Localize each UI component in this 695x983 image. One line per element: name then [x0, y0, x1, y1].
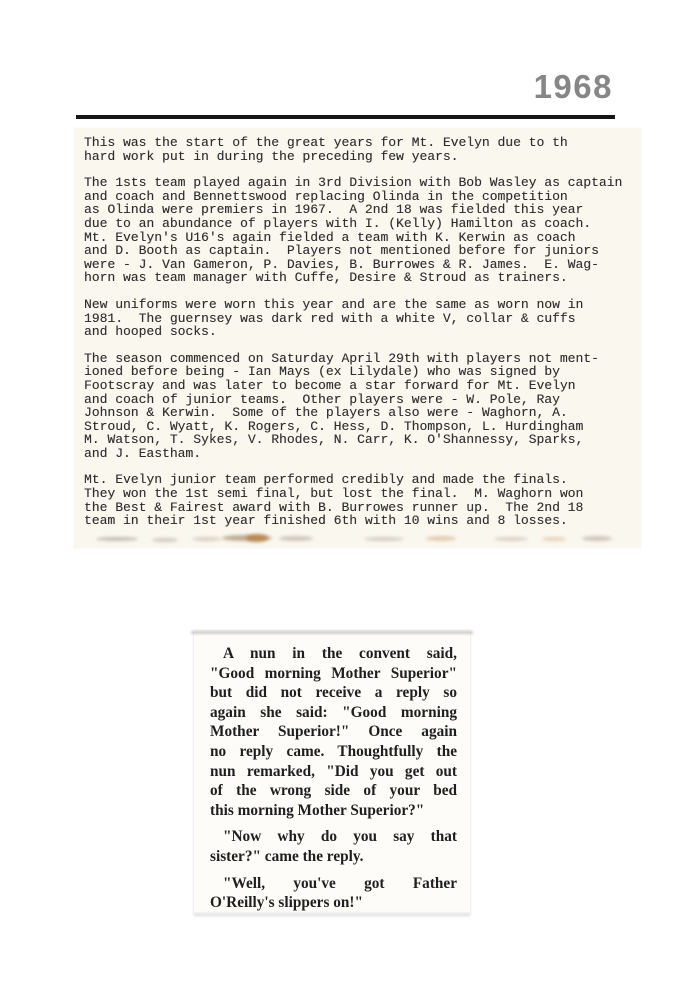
joke-clipping: A nun in the convent said,"Good morning … [194, 631, 470, 915]
text-line: Footscray and was later to become a star… [84, 379, 622, 393]
text-line: nun remarked, "Did you get out [210, 762, 457, 782]
joke-newsprint-text: A nun in the convent said,"Good morning … [210, 644, 457, 920]
paragraph: The 1sts team played again in 3rd Divisi… [84, 176, 622, 285]
text-line: as Olinda were premiers in 1967. A 2nd 1… [84, 203, 622, 217]
text-line: but did not receive a reply so [210, 683, 457, 703]
text-line: and hooped socks. [84, 325, 622, 339]
text-line: They won the 1st semi final, but lost th… [84, 487, 622, 501]
text-line: "Well, you've got Father [210, 874, 457, 894]
clipping-top-edge-shadow [191, 631, 473, 634]
text-line: A nun in the convent said, [210, 644, 457, 664]
text-line: The season commenced on Saturday April 2… [84, 352, 622, 366]
text-line: ioned before being - Ian Mays (ex Lilyda… [84, 365, 622, 379]
text-line: sister?" came the reply. [210, 847, 457, 867]
text-line: Johnson & Kerwin. Some of the players al… [84, 406, 622, 420]
history-typed-text: This was the start of the great years fo… [84, 136, 622, 528]
paragraph: A nun in the convent said,"Good morning … [210, 644, 457, 820]
text-line: 1981. The guernsey was dark red with a w… [84, 312, 622, 326]
text-line: and D. Booth as captain. Players not men… [84, 244, 622, 258]
text-line: O'Reilly's slippers on!" [210, 893, 457, 913]
text-line: "Now why do you say that [210, 827, 457, 847]
text-line: the Best & Fairest award with B. Burrowe… [84, 501, 622, 515]
paragraph: The season commenced on Saturday April 2… [84, 352, 622, 461]
text-line: no reply came. Thoughtfully the [210, 742, 457, 762]
history-clipping: This was the start of the great years fo… [74, 128, 641, 548]
text-line: Mt. Evelyn's U16's again fielded a team … [84, 231, 622, 245]
text-line: M. Watson, T. Sykes, V. Rhodes, N. Carr,… [84, 433, 622, 447]
text-line: Mt. Evelyn junior team performed credibl… [84, 473, 622, 487]
text-line: hard work put in during the preceding fe… [84, 150, 622, 164]
text-line: "Good morning Mother Superior" [210, 664, 457, 684]
paragraph: "Now why do you say thatsister?" came th… [210, 827, 457, 866]
text-line: and J. Eastham. [84, 447, 622, 461]
text-line: horn was team manager with Cuffe, Desire… [84, 271, 622, 285]
text-line: team in their 1st year finished 6th with… [84, 514, 622, 528]
header-rule [76, 115, 615, 119]
text-line: of the wrong side of your bed [210, 781, 457, 801]
text-line: and coach and Bennettswood replacing Oli… [84, 190, 622, 204]
paragraph: This was the start of the great years fo… [84, 136, 622, 163]
text-line: were - J. Van Gameron, P. Davies, B. Bur… [84, 258, 622, 272]
text-line: due to an abundance of players with I. (… [84, 217, 622, 231]
text-line: Stroud, C. Wyatt, K. Rogers, C. Hess, D.… [84, 420, 622, 434]
text-line: This was the start of the great years fo… [84, 136, 622, 150]
text-line: again she said: "Good morning [210, 703, 457, 723]
paragraph: New uniforms were worn this year and are… [84, 298, 622, 339]
text-line: this morning Mother Superior?" [210, 801, 457, 821]
text-line: The 1sts team played again in 3rd Divisi… [84, 176, 622, 190]
text-line: and coach of junior teams. Other players… [84, 393, 622, 407]
text-line: Mother Superior!" Once again [210, 722, 457, 742]
paragraph: "Well, you've got FatherO'Reilly's slipp… [210, 874, 457, 913]
text-line: New uniforms were worn this year and are… [84, 298, 622, 312]
year-heading: 1968 [0, 68, 613, 106]
faded-print-smudge [74, 532, 641, 548]
paragraph: Mt. Evelyn junior team performed credibl… [84, 473, 622, 527]
